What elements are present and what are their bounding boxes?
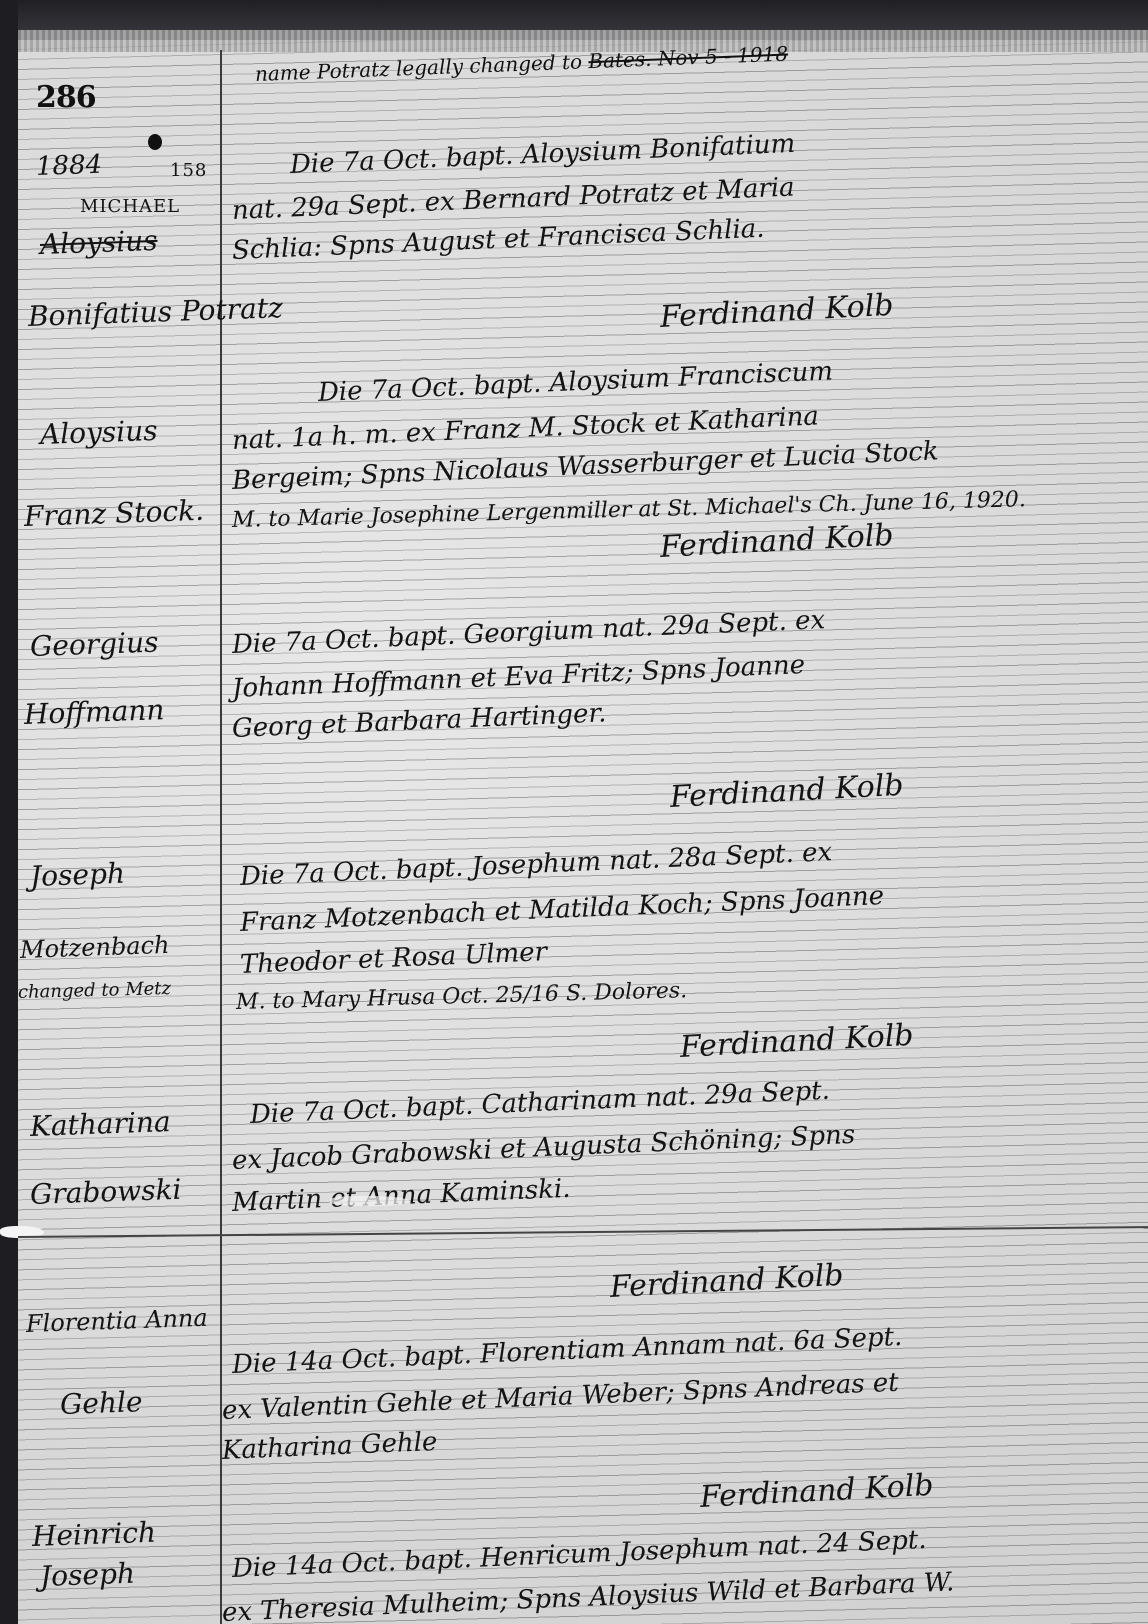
entry-year: 1884 xyxy=(35,150,102,182)
scan-left-edge xyxy=(0,0,18,1624)
margin-surname: Gehle xyxy=(59,1385,143,1421)
confirmation-name: MICHAEL xyxy=(80,196,180,217)
margin-surname: Franz Stock. xyxy=(23,494,204,533)
margin-name: Aloysius xyxy=(39,414,158,451)
margin-surname: Joseph xyxy=(39,1557,135,1593)
margin-name: Georgius xyxy=(29,626,159,663)
ink-blot xyxy=(148,134,162,150)
margin-surname: Grabowski xyxy=(29,1173,182,1211)
margin-surname: Hoffmann xyxy=(23,693,165,731)
margin-column-rule xyxy=(220,50,222,1624)
margin-name: Aloysius xyxy=(39,224,158,261)
margin-surname: Motzenbach xyxy=(20,931,170,964)
name-change-note: changed to Metz xyxy=(18,978,172,1003)
margin-name: Joseph xyxy=(29,857,125,893)
margin-name: Katharina xyxy=(29,1105,171,1143)
entry-number: 158 xyxy=(170,160,207,181)
page-number: 286 xyxy=(36,80,96,115)
paper-tear xyxy=(330,1196,410,1206)
margin-name: Heinrich xyxy=(31,1516,156,1553)
